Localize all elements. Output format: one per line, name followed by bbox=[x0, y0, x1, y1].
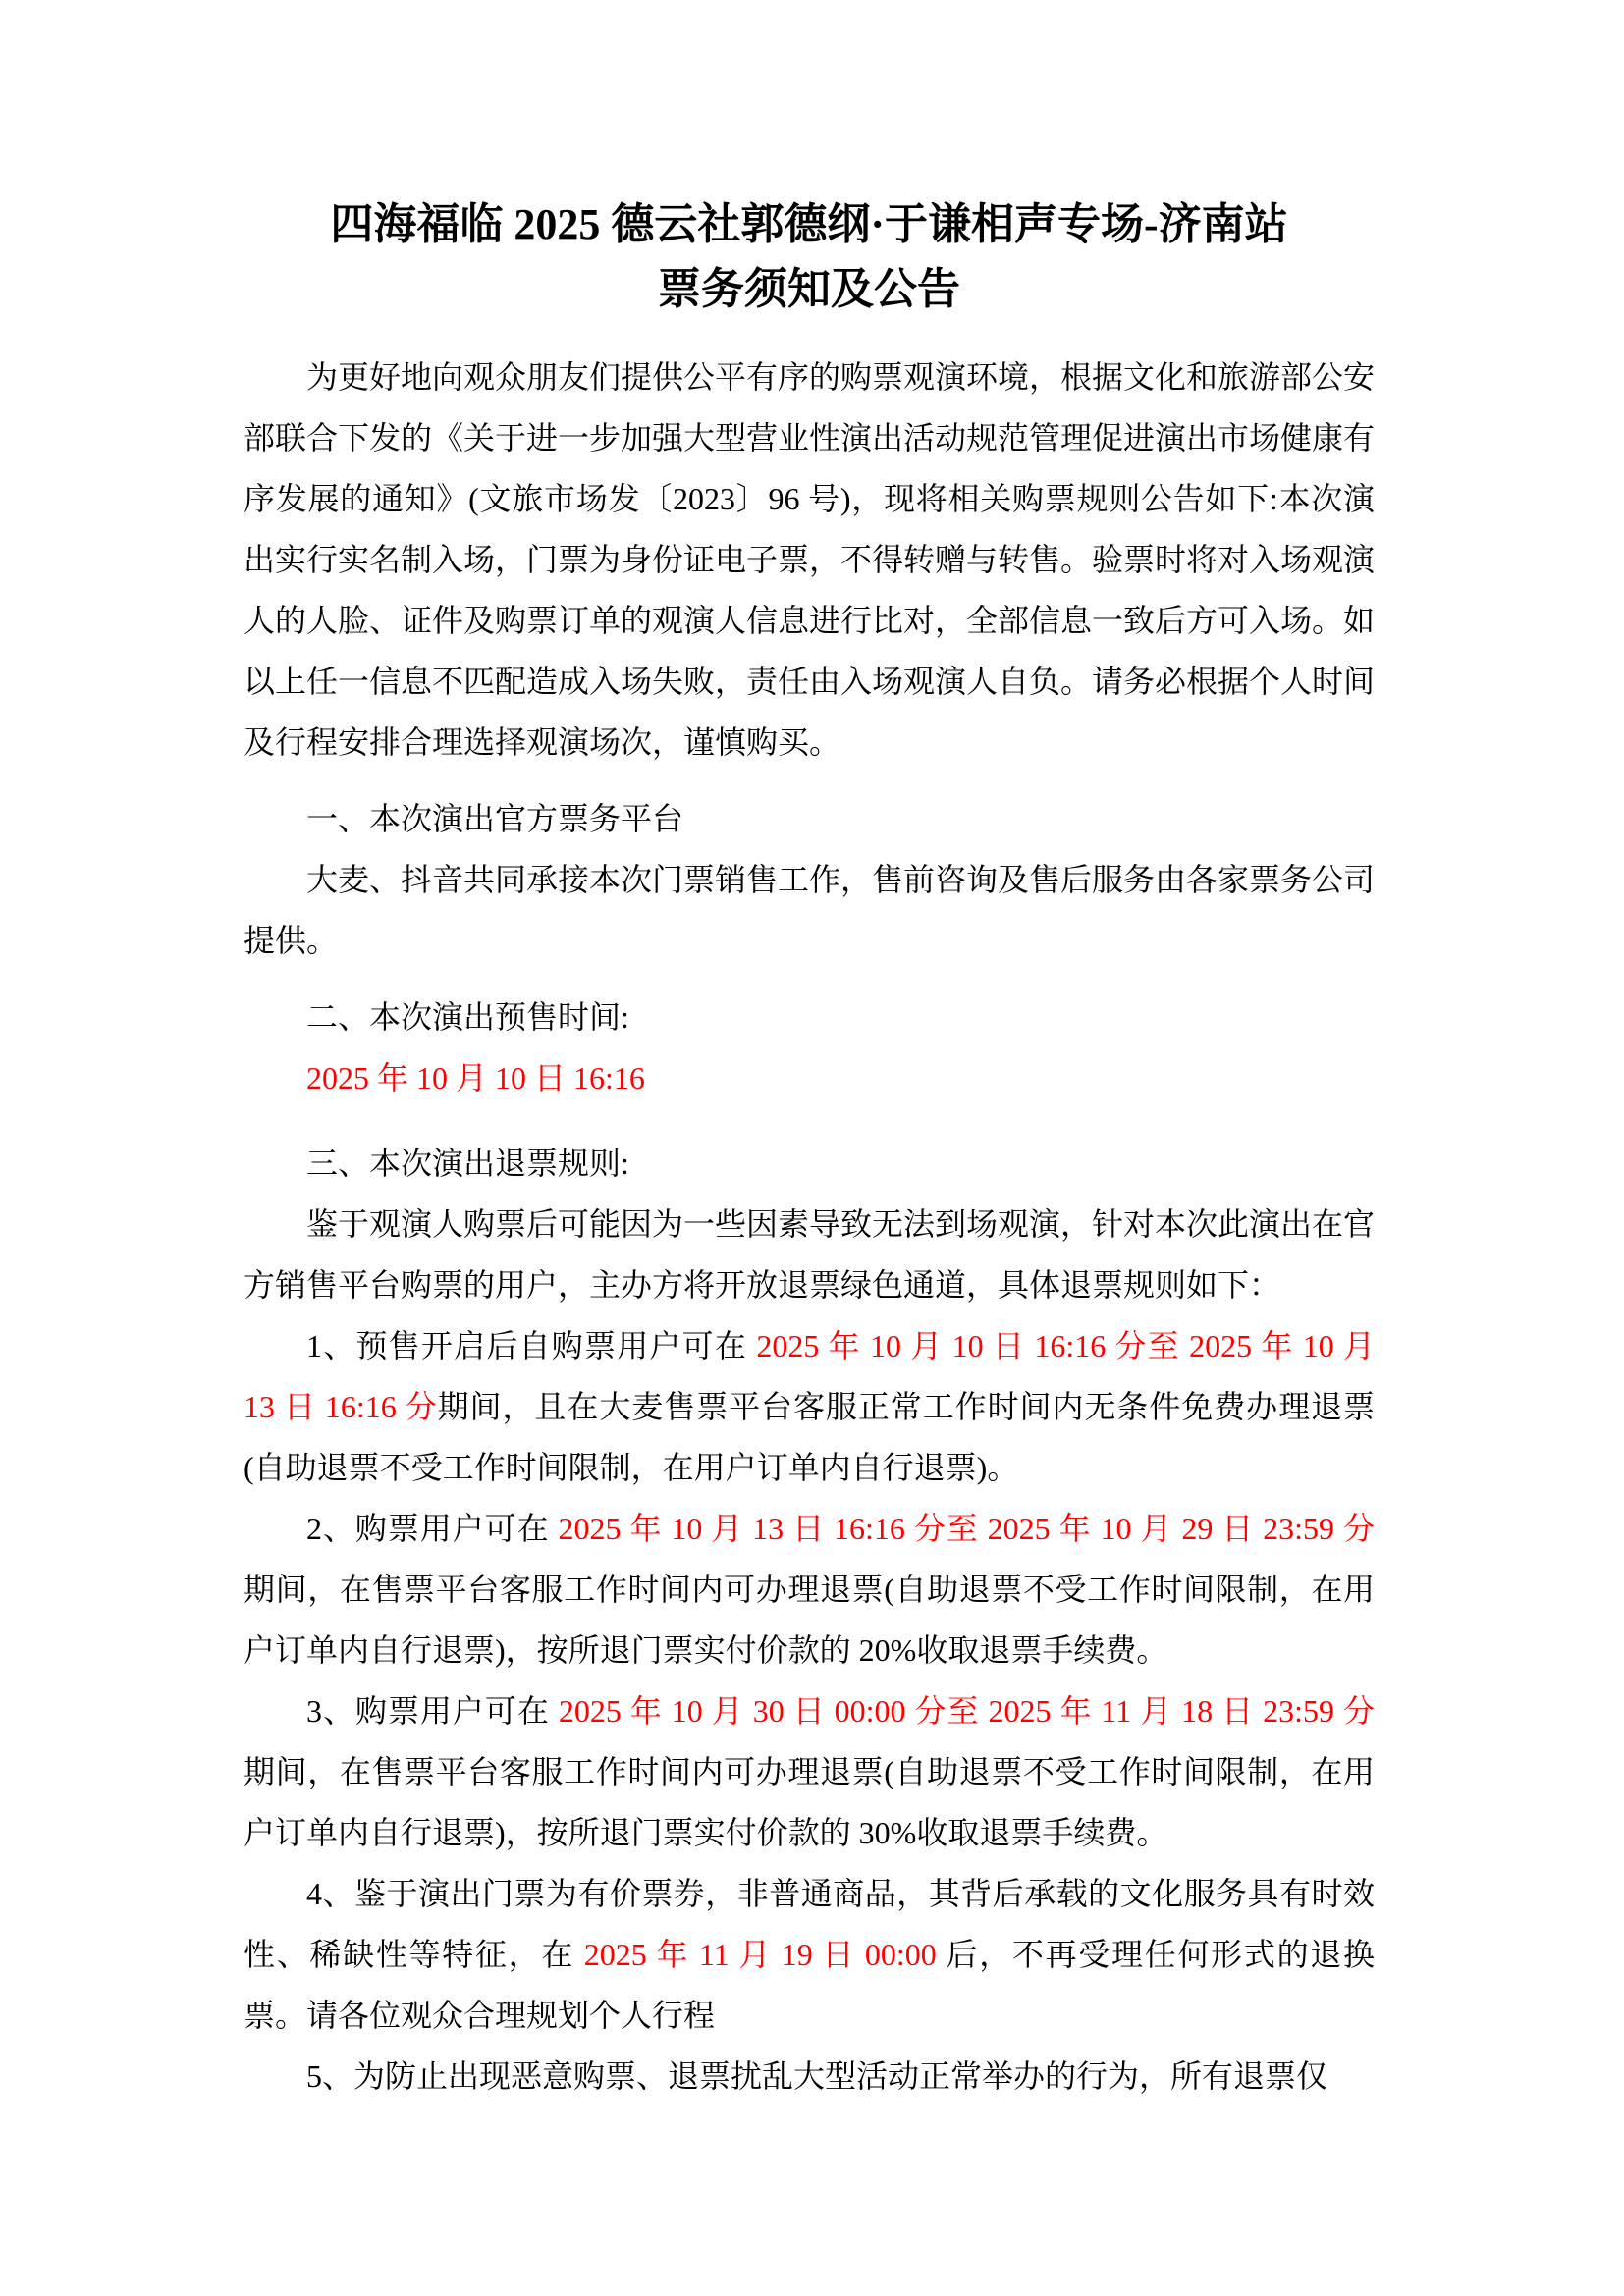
intro-paragraph: 为更好地向观众朋友们提供公平有序的购票观演环境，根据文化和旅游部公安部联合下发的… bbox=[244, 347, 1375, 773]
rule-2-detail: 期间，在售票平台客服工作时间内可办理退票(自助退票不受工作时间限制，在用户订单内… bbox=[244, 1572, 1375, 1668]
document-title: 四海福临 2025 德云社郭德纲·于谦相声专场-济南站票务须知及公告 bbox=[244, 192, 1375, 322]
title-line-2: 票务须知及公告 bbox=[244, 257, 1375, 322]
section-3-heading: 三、本次演出退票规则: bbox=[244, 1133, 1375, 1194]
rule-3-refund-period: 2025 年 10 月 30 日 00:00 分至 2025 年 11 月 18… bbox=[559, 1693, 1375, 1729]
rule-2-lead: 2、购票用户可在 bbox=[306, 1511, 559, 1546]
section-1-heading: 一、本次演出官方票务平台 bbox=[244, 788, 1375, 849]
refund-rule-3: 3、购票用户可在 2025 年 10 月 30 日 00:00 分至 2025 … bbox=[244, 1681, 1375, 1863]
title-line-1: 四海福临 2025 德云社郭德纲·于谦相声专场-济南站 bbox=[244, 192, 1375, 257]
refund-rule-1: 1、预售开启后自购票用户可在 2025 年 10 月 10 日 16:16 分至… bbox=[244, 1315, 1375, 1498]
rule-4-deadline: 2025 年 11 月 19 日 00:00 bbox=[584, 1937, 937, 1972]
rule-2-refund-period: 2025 年 10 月 13 日 16:16 分至 2025 年 10 月 29… bbox=[559, 1511, 1375, 1546]
rule-3-lead: 3、购票用户可在 bbox=[306, 1693, 559, 1729]
refund-intro-paragraph: 鉴于观演人购票后可能因为一些因素导致无法到场观演，针对本次此演出在官方销售平台购… bbox=[244, 1194, 1375, 1315]
rule-1-lead: 1、预售开启后自购票用户可在 bbox=[306, 1328, 756, 1363]
rule-3-detail: 期间，在售票平台客服工作时间内可办理退票(自助退票不受工作时间限制，在用户订单内… bbox=[244, 1754, 1375, 1850]
presale-time: 2025 年 10 月 10 日 16:16 bbox=[244, 1047, 1375, 1108]
refund-rule-5: 5、为防止出现恶意购票、退票扰乱大型活动正常举办的行为，所有退票仅 bbox=[244, 2046, 1375, 2107]
refund-rule-4: 4、鉴于演出门票为有价票券，非普通商品，其背后承载的文化服务具有时效性、稀缺性等… bbox=[244, 1863, 1375, 2046]
section-1-body: 大麦、抖音共同承接本次门票销售工作，售前咨询及售后服务由各家票务公司提供。 bbox=[244, 849, 1375, 971]
document-page: 四海福临 2025 德云社郭德纲·于谦相声专场-济南站票务须知及公告 为更好地向… bbox=[0, 0, 1624, 2296]
section-2-heading: 二、本次演出预售时间: bbox=[244, 987, 1375, 1047]
refund-rule-2: 2、购票用户可在 2025 年 10 月 13 日 16:16 分至 2025 … bbox=[244, 1498, 1375, 1681]
